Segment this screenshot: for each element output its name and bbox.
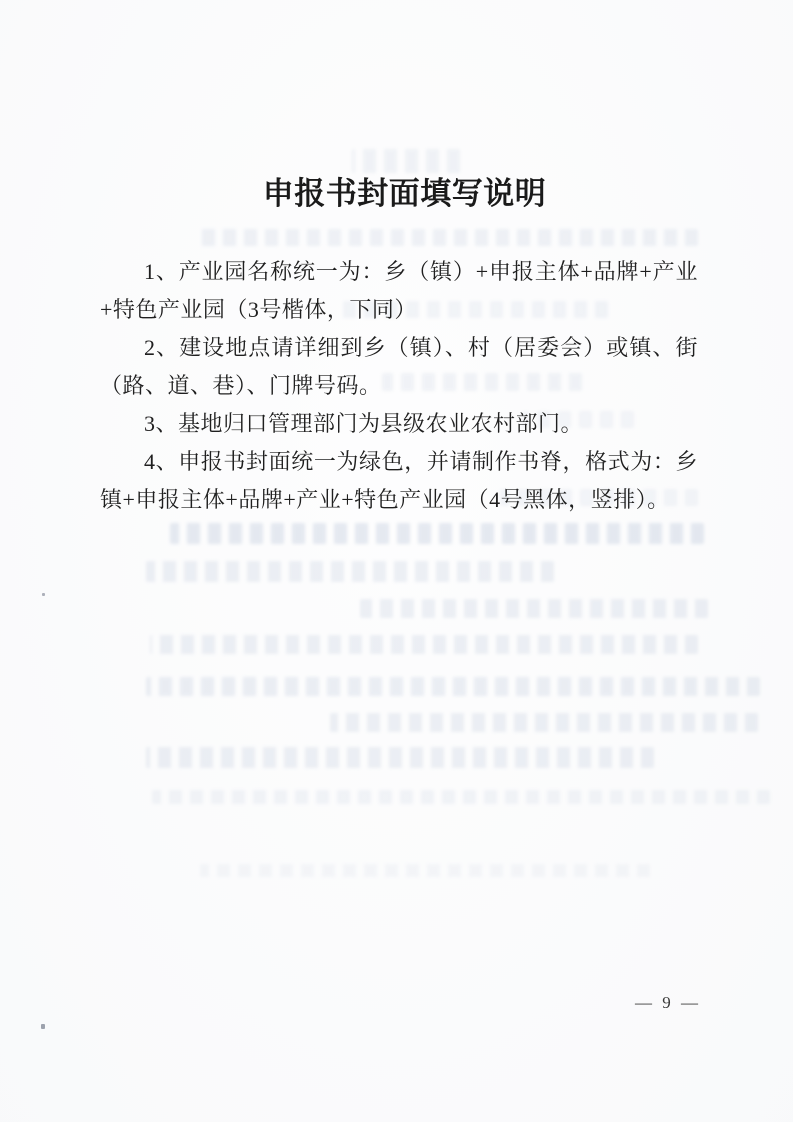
- ink-speck: [41, 1024, 45, 1029]
- document-page: 申报书封面填写说明 1、产业园名称统一为：乡（镇）+申报主体+品牌+产业+特色产…: [0, 0, 793, 1122]
- bleedthrough-line: [330, 713, 758, 732]
- bleedthrough-line: [152, 790, 770, 804]
- bleedthrough-line: [360, 599, 708, 618]
- bleedthrough-line: [146, 747, 654, 768]
- bleedthrough-line: [150, 635, 698, 654]
- page-number: — 9 —: [635, 993, 701, 1013]
- body-paragraph: 2、建设地点请详细到乡（镇）、村（居委会）或镇、街（路、道、巷）、门牌号码。: [100, 329, 698, 405]
- bleedthrough-line: [200, 229, 698, 246]
- ink-speck: [42, 593, 45, 596]
- bleedthrough-line: [146, 561, 554, 582]
- bleedthrough-line: [170, 523, 704, 544]
- page-title: 申报书封面填写说明: [0, 168, 793, 213]
- body-paragraph: 1、产业园名称统一为：乡（镇）+申报主体+品牌+产业+特色产业园（3号楷体，下同…: [100, 253, 698, 329]
- document-body: 1、产业园名称统一为：乡（镇）+申报主体+品牌+产业+特色产业园（3号楷体，下同…: [100, 253, 698, 519]
- bleedthrough-line: [146, 677, 760, 696]
- bleedthrough-line: [200, 864, 650, 877]
- body-paragraph: 4、申报书封面统一为绿色，并请制作书脊，格式为：乡镇+申报主体+品牌+产业+特色…: [100, 443, 698, 519]
- body-paragraph: 3、基地归口管理部门为县级农业农村部门。: [100, 405, 698, 443]
